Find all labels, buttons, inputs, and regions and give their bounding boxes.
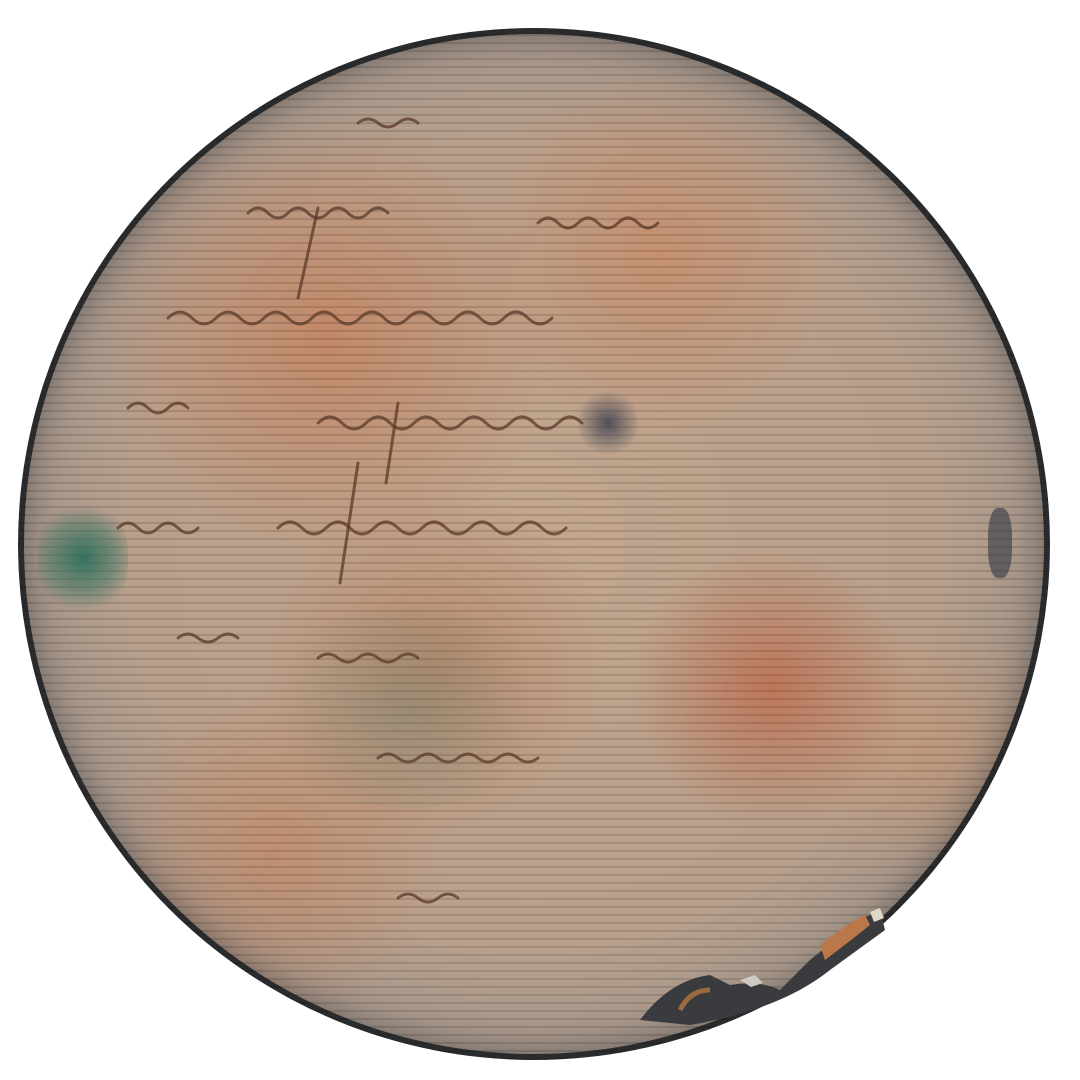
handwritten-script	[18, 28, 1050, 1060]
artifact-disc	[18, 28, 1050, 1060]
chipped-rim-damage	[630, 890, 890, 1030]
photo-stage	[0, 0, 1080, 1080]
